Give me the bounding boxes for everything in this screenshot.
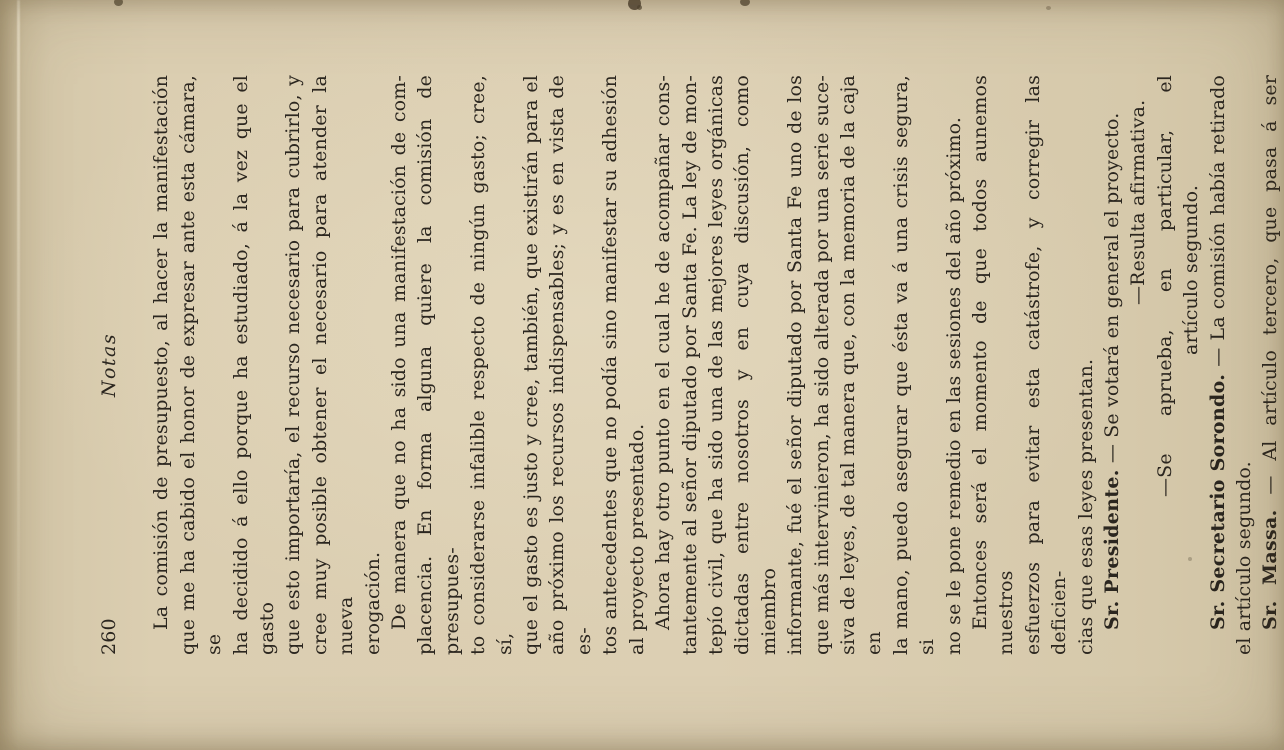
text-line: placencia. En forma alguna quiere la com… <box>412 75 465 655</box>
text-line: que más intervinieron, ha sido alterada … <box>809 75 835 655</box>
text-line: erogación. <box>360 75 386 655</box>
ink-speck <box>1046 6 1051 10</box>
text-line: cias que esas leyes presentan. <box>1073 75 1099 655</box>
text-line: que esto importaría, el recurso necesari… <box>280 75 306 655</box>
page-header: 260 Notas <box>96 75 122 655</box>
text-line: —Resulta afirmativa. <box>1125 75 1151 655</box>
text-line: que me ha cabido el honor de expresar an… <box>175 75 228 655</box>
ink-speck <box>1188 557 1192 561</box>
scanned-book-page: 260 Notas La comisión de presupuesto, al… <box>0 0 1284 750</box>
text-line: siva de leyes, de tal manera que, con la… <box>835 75 888 655</box>
text-line: La comisión de presupuesto, al hacer la … <box>148 75 174 655</box>
text-line: De manera que no ha sido una manifestaci… <box>386 75 412 655</box>
speaker-name: Sr. Massa. <box>1259 509 1281 630</box>
text-line: Sr. Secretario Sorondo. — La comisión ha… <box>1205 75 1231 655</box>
text-line: la mano, puedo asegurar que ésta va á un… <box>888 75 941 655</box>
rotated-page: 260 Notas La comisión de presupuesto, al… <box>0 0 1284 750</box>
text-line: esfuerzos para evitar esta catástrofe, y… <box>1020 75 1073 655</box>
text-line: Ahora hay otro punto en el cual he de ac… <box>650 75 676 655</box>
text-line: no se le pone remedio en las sesiones de… <box>941 75 967 655</box>
text-line: el artículo segundo. <box>1231 75 1257 655</box>
speaker-name: Sr. Presidente. <box>1101 469 1123 630</box>
text-line: que el gasto es justo y cree, también, q… <box>518 75 544 655</box>
text-line: Sr. Presidente. — Se votará en general e… <box>1099 75 1125 655</box>
text-line: Sr. Massa. — Al artículo tercero, que pa… <box>1257 75 1284 655</box>
text-line: Entonces será el momento de que todos au… <box>967 75 1020 655</box>
page-content: 260 Notas La comisión de presupuesto, al… <box>96 75 1284 655</box>
text-line: año próximo los recursos indispensables;… <box>544 75 597 655</box>
text-line: artículo segundo. <box>1178 75 1204 655</box>
text-line: —Se aprueba, en particular, el <box>1152 75 1178 655</box>
body-text: La comisión de presupuesto, al hacer la … <box>148 75 1284 655</box>
text-line: al proyecto presentado. <box>624 75 650 655</box>
ink-speck <box>637 5 642 10</box>
text-line: cree muy posible obtener el necesario pa… <box>307 75 360 655</box>
text-line: tantemente al señor diputado por Santa F… <box>677 75 703 655</box>
text-line: informante, fué el señor diputado por Sa… <box>782 75 808 655</box>
speaker-name: Sr. Secretario Sorondo. <box>1207 374 1229 630</box>
text-line: dictadas entre nosotros y en cuya discus… <box>729 75 782 655</box>
text-line: tos antecedentes que no podía sino manif… <box>597 75 623 655</box>
running-header-title: Notas <box>96 75 122 655</box>
page-crease <box>17 0 20 750</box>
text-line: ha decidido á ello porque ha estudiado, … <box>228 75 281 655</box>
text-line: to considerarse infalible respecto de ni… <box>465 75 518 655</box>
text-line: tepío civil, que ha sido una de las mejo… <box>703 75 729 655</box>
